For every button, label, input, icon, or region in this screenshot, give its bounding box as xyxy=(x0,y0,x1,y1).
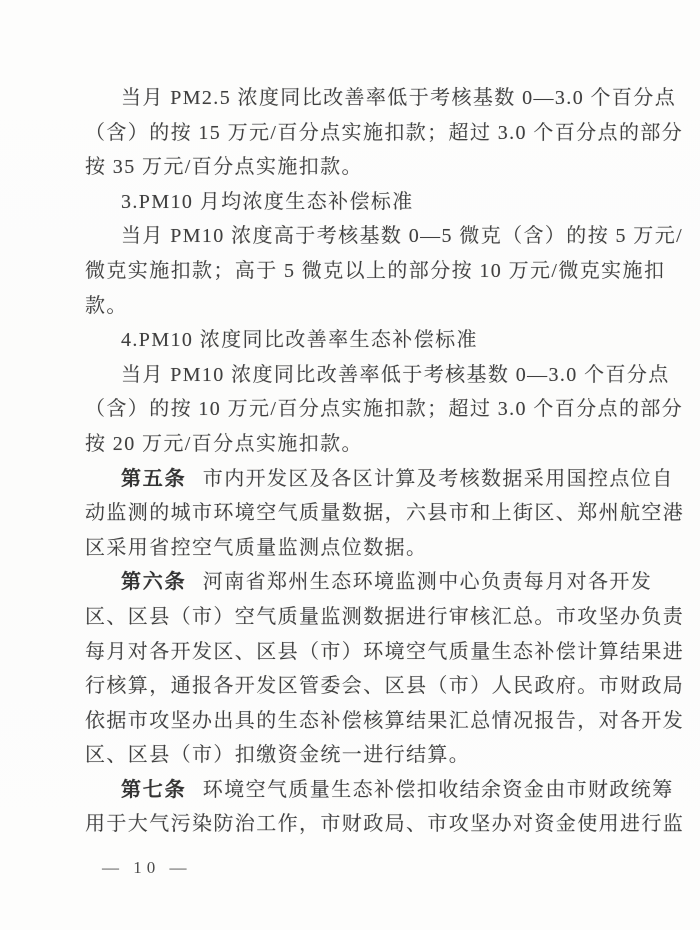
text-line: 第七条环境空气质量生态补偿扣收结余资金由市财政统筹 xyxy=(85,773,633,808)
line-text: 环境空气质量生态补偿扣收结余资金由市财政统筹 xyxy=(203,779,674,801)
text-line: 当月 PM10 浓度同比改善率低于考核基数 0—3.0 个百分点 xyxy=(85,358,633,393)
line-text: 微克实施扣款；高于 5 微克以上的部分按 10 万元/微克实施扣 xyxy=(85,260,665,282)
line-text: 依据市攻坚办出具的生态补偿核算结果汇总情况报告，对各开发 xyxy=(85,710,684,732)
line-text: （含）的按 10 万元/百分点实施扣款；超过 3.0 个百分点的部分 xyxy=(85,398,683,420)
page-number: — 10 — xyxy=(102,858,192,878)
line-text: 河南省郑州生态环境监测中心负责每月对各开发 xyxy=(203,571,652,593)
text-line: 区、区县（市）空气质量监测数据进行审核汇总。市攻坚办负责 xyxy=(85,600,633,635)
line-text: 款。 xyxy=(85,295,128,317)
line-text: 区、区县（市）空气质量监测数据进行审核汇总。市攻坚办负责 xyxy=(85,606,684,628)
article-number: 第五条 xyxy=(121,468,186,490)
text-line: 区、区县（市）扣缴资金统一进行结算。 xyxy=(85,738,633,773)
line-text: 按 20 万元/百分点实施扣款。 xyxy=(85,433,363,455)
text-line: 3.PM10 月均浓度生态补偿标准 xyxy=(85,185,633,220)
line-text: 行核算，通报各开发区管委会、区县（市）人民政府。市财政局 xyxy=(85,675,684,697)
line-text: 区采用省控空气质量监测点位数据。 xyxy=(85,537,427,559)
line-text: 当月 PM10 浓度高于考核基数 0—5 微克（含）的按 5 万元/ xyxy=(121,225,683,247)
line-text: 用于大气污染防治工作，市财政局、市攻坚办对资金使用进行监 xyxy=(85,813,684,835)
line-text: 区、区县（市）扣缴资金统一进行结算。 xyxy=(85,744,470,766)
text-line: 区采用省控空气质量监测点位数据。 xyxy=(85,531,633,566)
line-text: 市内开发区及各区计算及考核数据采用国控点位自 xyxy=(203,468,674,490)
article-number: 第七条 xyxy=(121,779,186,801)
text-line: 款。 xyxy=(85,289,633,324)
text-line: 按 20 万元/百分点实施扣款。 xyxy=(85,427,633,462)
text-line: 每月对各开发区、区县（市）环境空气质量生态补偿计算结果进 xyxy=(85,635,633,670)
text-line: 微克实施扣款；高于 5 微克以上的部分按 10 万元/微克实施扣 xyxy=(85,254,633,289)
text-line: 按 35 万元/百分点实施扣款。 xyxy=(85,150,633,185)
text-line: 当月 PM2.5 浓度同比改善率低于考核基数 0—3.0 个百分点 xyxy=(85,81,633,116)
line-text: 3.PM10 月均浓度生态补偿标准 xyxy=(121,191,414,213)
text-line: 第五条市内开发区及各区计算及考核数据采用国控点位自 xyxy=(85,462,633,497)
text-line: 当月 PM10 浓度高于考核基数 0—5 微克（含）的按 5 万元/ xyxy=(85,219,633,254)
line-text: 当月 PM10 浓度同比改善率低于考核基数 0—3.0 个百分点 xyxy=(121,364,670,386)
line-text: 动监测的城市环境空气质量数据，六县市和上街区、郑州航空港 xyxy=(85,502,684,524)
line-text: 每月对各开发区、区县（市）环境空气质量生态补偿计算结果进 xyxy=(85,641,684,663)
text-line: 依据市攻坚办出具的生态补偿核算结果汇总情况报告，对各开发 xyxy=(85,704,633,739)
text-line: （含）的按 10 万元/百分点实施扣款；超过 3.0 个百分点的部分 xyxy=(85,392,633,427)
line-text: 按 35 万元/百分点实施扣款。 xyxy=(85,156,363,178)
text-line: 行核算，通报各开发区管委会、区县（市）人民政府。市财政局 xyxy=(85,669,633,704)
text-line: 用于大气污染防治工作，市财政局、市攻坚办对资金使用进行监 xyxy=(85,807,633,842)
text-line: 动监测的城市环境空气质量数据，六县市和上街区、郑州航空港 xyxy=(85,496,633,531)
text-line: 4.PM10 浓度同比改善率生态补偿标准 xyxy=(85,323,633,358)
line-text: 4.PM10 浓度同比改善率生态补偿标准 xyxy=(121,329,478,351)
text-line: （含）的按 15 万元/百分点实施扣款；超过 3.0 个百分点的部分 xyxy=(85,116,633,151)
line-text: （含）的按 15 万元/百分点实施扣款；超过 3.0 个百分点的部分 xyxy=(85,122,683,144)
text-line: 第六条河南省郑州生态环境监测中心负责每月对各开发 xyxy=(85,565,633,600)
line-text: 当月 PM2.5 浓度同比改善率低于考核基数 0—3.0 个百分点 xyxy=(121,87,676,109)
article-number: 第六条 xyxy=(121,571,186,593)
document-body: 当月 PM2.5 浓度同比改善率低于考核基数 0—3.0 个百分点（含）的按 1… xyxy=(85,81,633,842)
document-page: 当月 PM2.5 浓度同比改善率低于考核基数 0—3.0 个百分点（含）的按 1… xyxy=(0,0,700,930)
